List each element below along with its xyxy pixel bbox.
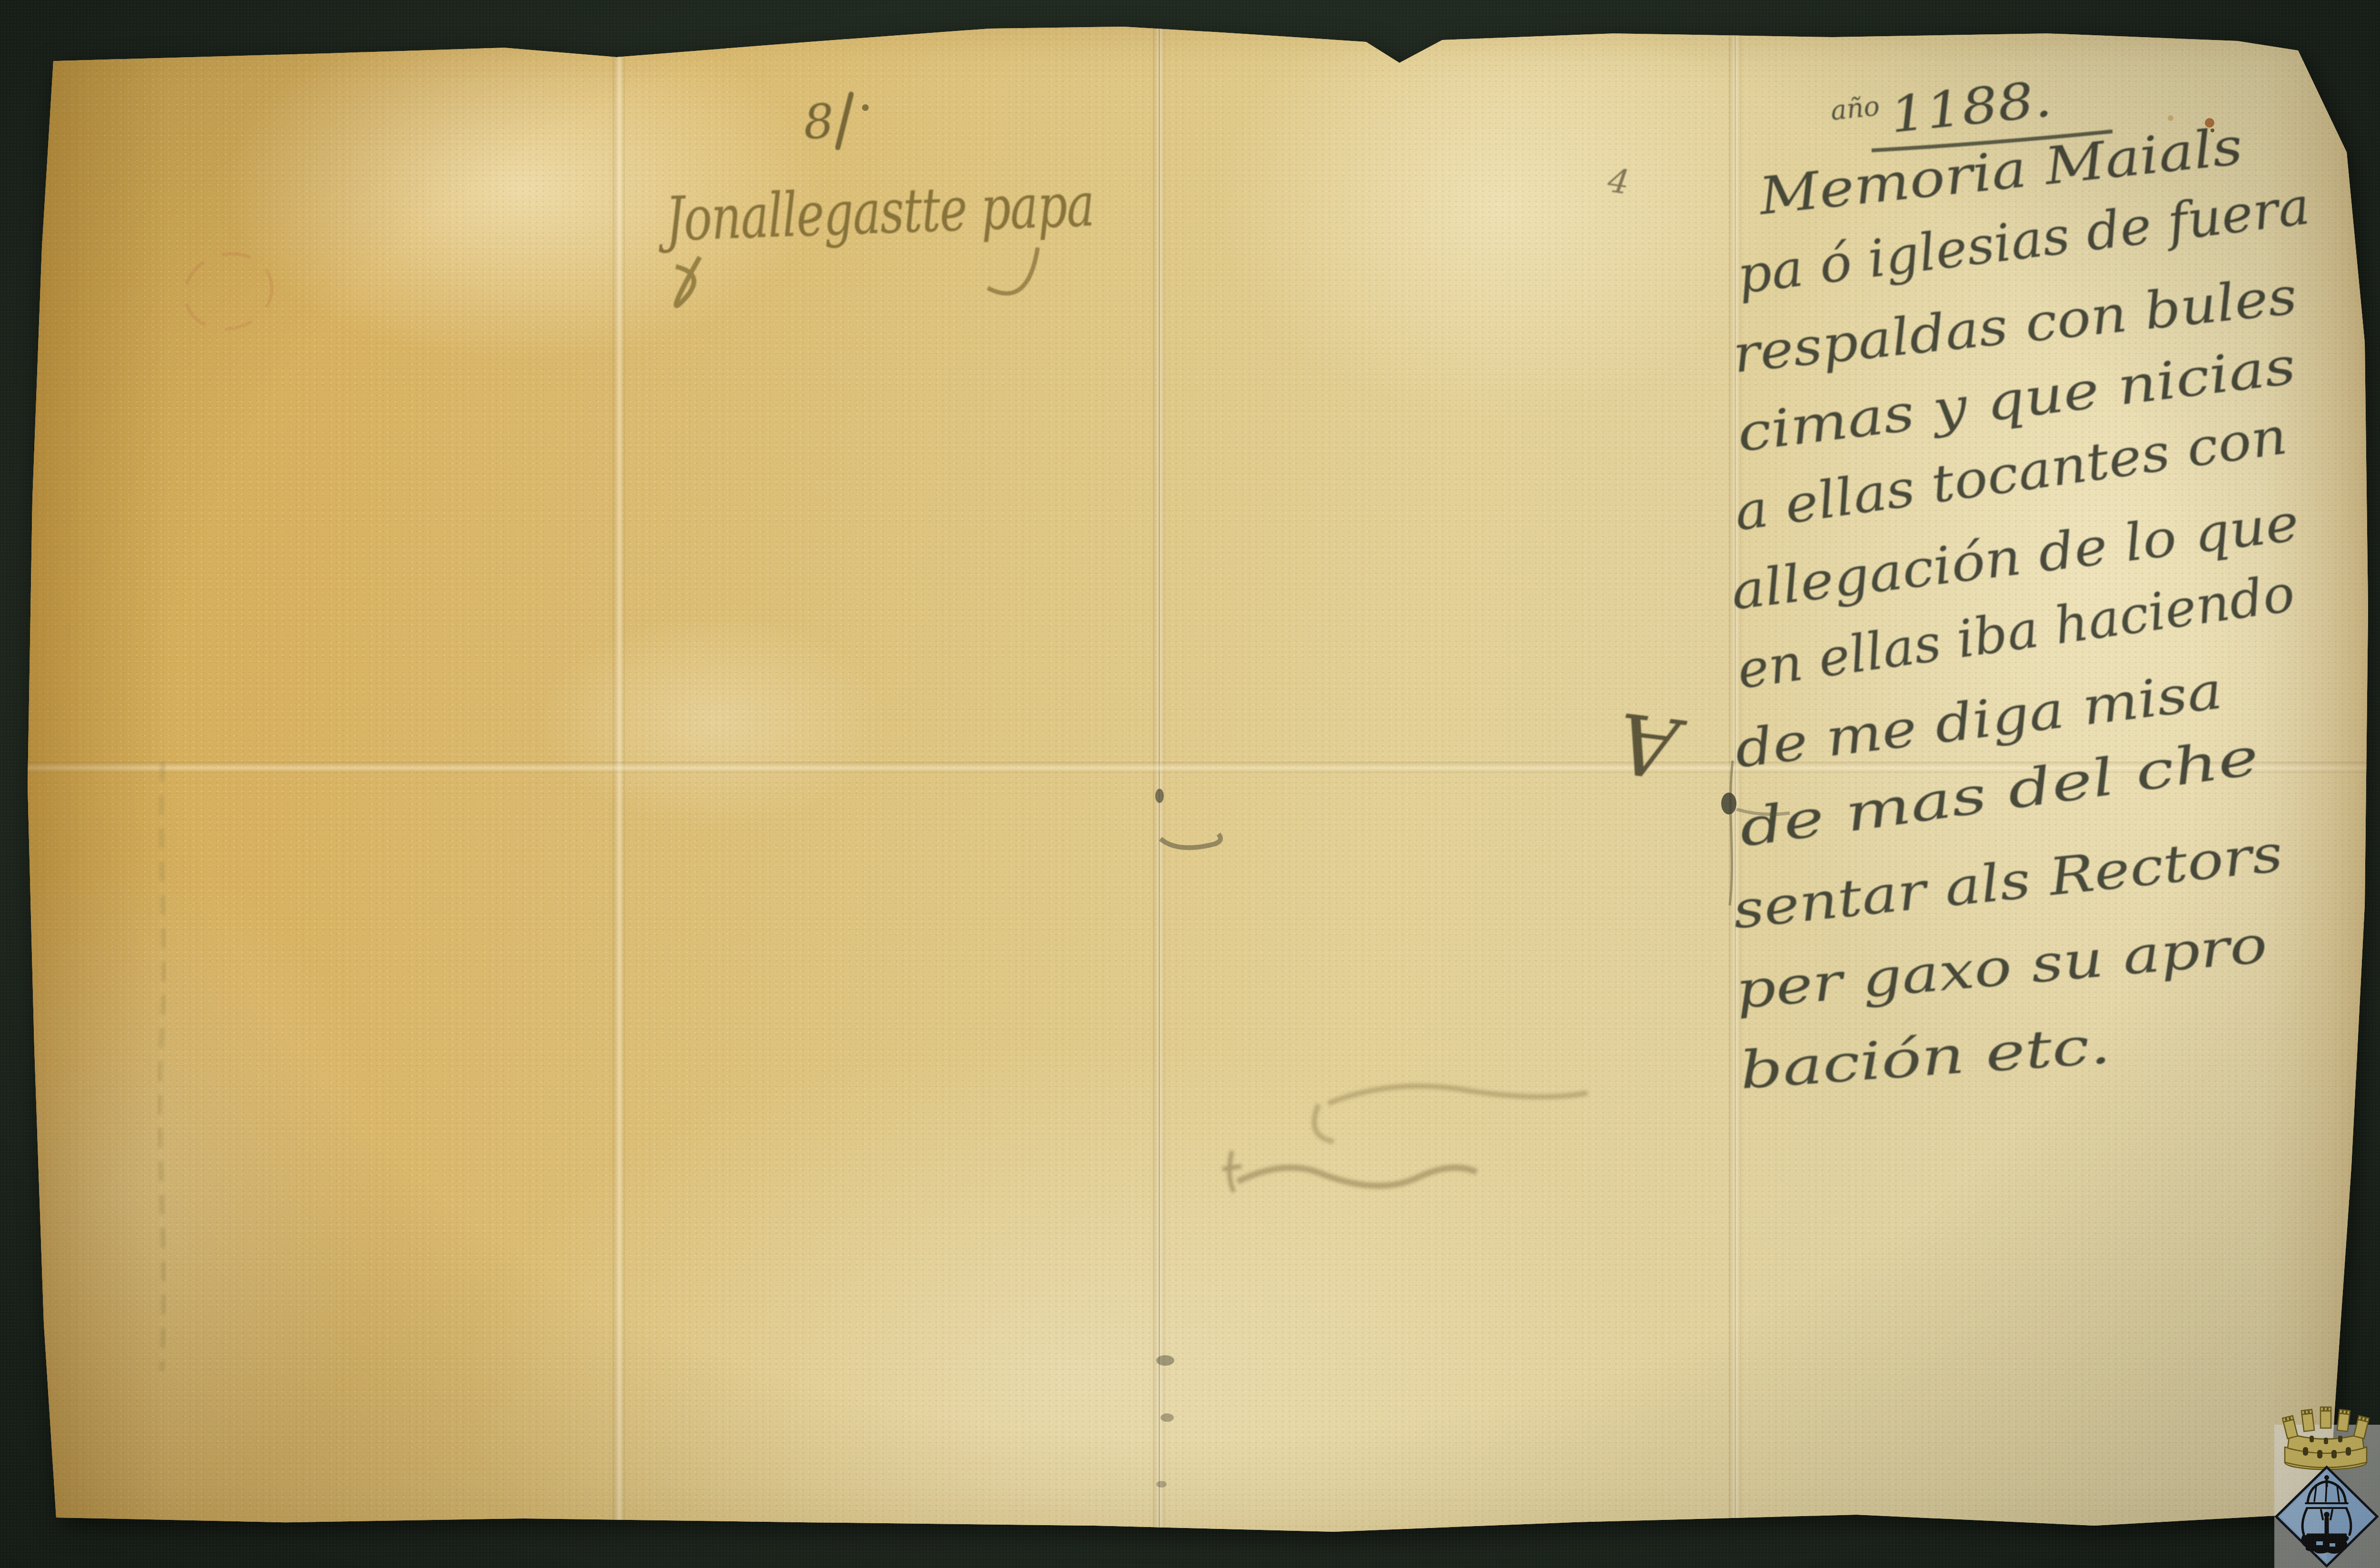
annotation-line: sentar als Rectors (1730, 824, 2286, 941)
faint-scribbles (1222, 1086, 1587, 1192)
annotation-line: bación etc. (1738, 1015, 2112, 1101)
annotation-line: per gaxo su apro (1733, 915, 2270, 1021)
fold-crease-center (1153, 0, 1165, 1568)
fold-crease-horizontal (0, 762, 2380, 773)
signature-handwriting: Jonallegastte papa (656, 169, 1095, 306)
annotation-line: pa ó iglesias de fuera (1734, 176, 2313, 306)
parchment-edge-shading (0, 0, 2380, 1568)
annotation-line: a ellas tocantes con (1731, 406, 2291, 543)
svg-text:1188.: 1188. (1887, 69, 2054, 144)
inverted-letter-a: A (1612, 693, 1690, 797)
annotation-line: en ellas iba haciendo (1734, 564, 2298, 701)
parchment-wrap: 8 Jonallegastte papa año 1188. Mem (0, 0, 2380, 1568)
parchment-sheet: 8 Jonallegastte papa año 1188. Mem (0, 0, 2380, 1568)
center-fold-ink-marks (1155, 789, 1220, 1488)
fold-crease-right (1729, 0, 1741, 1568)
right-column-annotations: Memoria Maials pa ó iglesias de fuera re… (1728, 117, 2313, 1101)
fold-crease-left (613, 0, 625, 1568)
annotation-line: de me diga misa (1732, 661, 2226, 780)
annotation-line: Memoria Maials (1755, 117, 2245, 227)
svg-text:Jonallegastte papa: Jonallegastte papa (656, 169, 1095, 256)
photo-backdrop: 8 Jonallegastte papa año 1188. Mem (0, 0, 2380, 1568)
rust-spots (2168, 115, 2214, 132)
svg-text:año: año (1829, 90, 1881, 126)
archival-year-heading: año 1188. (1829, 69, 2112, 150)
signature-flourish-right (988, 248, 1038, 294)
parchment-grain-texture (0, 0, 2380, 1568)
small-four-mark: 4 (1605, 160, 1632, 202)
annotation-line: de mas del che (1735, 727, 2262, 859)
annotation-line: cimas y que nicias (1734, 336, 2299, 464)
shelf-mark-eight: 8 (802, 93, 835, 150)
left-edge-ghost-writing (159, 762, 164, 1371)
annotation-line: allegación de lo que (1728, 493, 2302, 621)
right-fold-ink-blot (1721, 761, 1790, 905)
signature-flourish-left (676, 257, 700, 306)
year-underline (1872, 131, 2112, 150)
faint-red-stain (177, 244, 280, 338)
handwriting-layer: 8 Jonallegastte papa año 1188. Mem (0, 0, 2380, 1568)
shelf-mark-slash (838, 94, 851, 148)
shelf-mark-dot (862, 104, 869, 111)
annotation-line: respaldas con bules (1730, 266, 2300, 385)
